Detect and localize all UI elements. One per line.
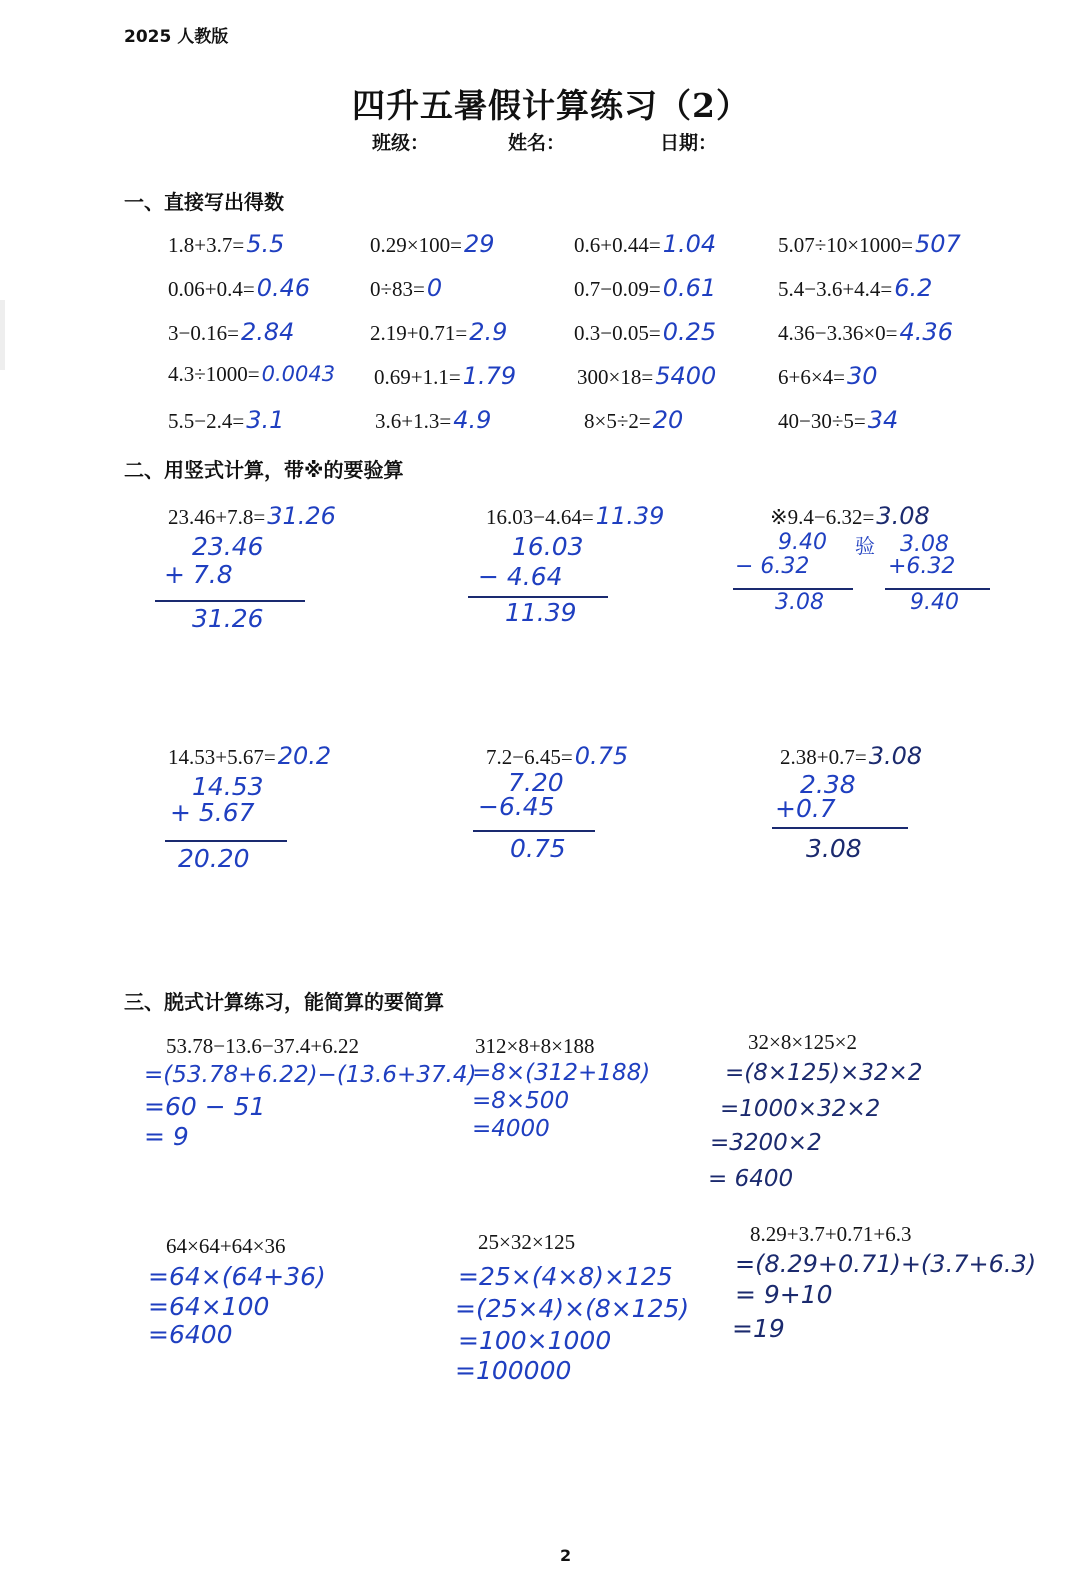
answer-text: 20 [653,406,684,434]
step-line: =(8×125)×32×2 [725,1060,922,1086]
oral-item: 0÷83=0 [370,274,442,302]
question-text: 16.03−4.64= [486,505,594,529]
oral-item: 3.6+1.3=4.9 [375,406,491,434]
oral-item: 0.3−0.05=0.25 [574,318,716,346]
answer-text: 0.0043 [262,362,335,386]
answer-text: 3.08 [876,502,929,530]
answer-text: 1.79 [463,362,516,390]
answer-text: 3.08 [869,742,922,770]
question-text: 7.2−6.45= [486,745,573,769]
question-text: 0÷83= [370,277,425,301]
work-operand-2: − 4.64 [478,562,563,591]
work-operand-1: 16.03 [512,532,584,561]
step-line: = 9+10 [735,1280,833,1309]
step-line: =64×(64+36) [148,1262,326,1291]
step-line: =3200×2 [710,1130,822,1156]
answer-text: 0.75 [575,742,628,770]
class-field-label: 班级： [372,128,429,155]
step-line: =19 [732,1314,785,1343]
question-text: 0.69+1.1= [374,365,461,389]
question-text: 40−30÷5= [778,409,866,433]
sum-line [165,840,287,842]
question-text: 0.06+0.4= [168,277,255,301]
answer-text: 0 [427,274,442,302]
question-line: 2.38+0.7=3.08 [780,742,922,770]
answer-text: 5400 [655,362,716,390]
step-line: =25×(4×8)×125 [458,1262,673,1291]
section-3-heading: 三、脱式计算练习，能简算的要简算 [124,986,444,1015]
question-text: 3−0.16= [168,321,239,345]
question-text: 53.78−13.6−37.4+6.22 [166,1034,359,1059]
scan-edge-shadow [0,300,5,370]
question-text: 0.29×100= [370,233,462,257]
answer-text: 11.39 [596,502,665,530]
step-line: =(8.29+0.71)+(3.7+6.3) [735,1250,1036,1278]
question-text: 4.36−3.36×0= [778,321,898,345]
answer-text: 2.9 [469,318,507,346]
oral-item: 5.4−3.6+4.4=6.2 [778,274,932,302]
step-line: =(25×4)×(8×125) [455,1294,689,1323]
answer-text: 31.26 [267,502,336,530]
edition-label: 2025 人教版 [124,22,228,47]
question-line: 16.03−4.64=11.39 [486,502,664,530]
work-result: 31.26 [192,604,264,633]
question-text: 312×8+8×188 [475,1034,595,1059]
step-line: =6400 [148,1320,233,1349]
step-line: = 6400 [708,1166,793,1192]
oral-item: 5.07÷10×1000=507 [778,230,961,258]
answer-text: 3.1 [246,406,284,434]
work-result: 3.08 [806,834,862,863]
question-text: 8.29+3.7+0.71+6.3 [750,1222,912,1247]
work-result: 20.20 [178,844,250,873]
section-2-heading: 二、用竖式计算，带※的要验算 [124,454,403,483]
oral-item: 0.69+1.1=1.79 [374,362,516,390]
step-line: =64×100 [148,1292,269,1321]
step-line: =1000×32×2 [720,1096,880,1122]
answer-text: 2.84 [241,318,294,346]
page-title: 四升五暑假计算练习（2） [352,80,750,127]
question-text: 32×8×125×2 [748,1030,857,1055]
answer-text: 30 [847,362,878,390]
sum-line [155,600,305,602]
work-operand-1: 9.40 [778,530,827,555]
answer-text: 0.46 [257,274,310,302]
answer-text: 20.2 [278,742,331,770]
oral-item: 300×18=5400 [577,362,716,390]
work-result: 11.39 [505,598,577,627]
question-text: 5.5−2.4= [168,409,244,433]
question-text: 3.6+1.3= [375,409,451,433]
question-text: 0.7−0.09= [574,277,661,301]
question-text: ※9.4−6.32= [770,505,874,529]
date-field-label: 日期： [660,128,717,155]
work-result: 3.08 [775,590,824,615]
step-line: =8×(312+188) [472,1060,650,1086]
question-line: 14.53+5.67=20.2 [168,742,331,770]
question-text: 14.53+5.67= [168,745,276,769]
work-operand-1: 14.53 [192,772,264,801]
step-line: =100000 [455,1356,571,1385]
step-line: =100×1000 [458,1326,611,1355]
oral-item: 40−30÷5=34 [778,406,898,434]
step-line: = 9 [144,1122,189,1151]
oral-item: 8×5÷2=20 [584,406,683,434]
answer-text: 4.9 [453,406,491,434]
question-text: 1.8+3.7= [168,233,244,257]
answer-text: 0.25 [663,318,716,346]
section-1-heading: 一、直接写出得数 [124,186,284,215]
work-operand-2: + 7.8 [164,560,233,589]
question-text: 5.4−3.6+4.4= [778,277,892,301]
answer-text: 4.36 [900,318,953,346]
answer-text: 507 [915,230,961,258]
answer-text: 34 [868,406,899,434]
oral-item: 0.29×100=29 [370,230,494,258]
answer-text: 1.04 [663,230,716,258]
oral-item: 0.7−0.09=0.61 [574,274,716,302]
step-line: =(53.78+6.22)−(13.6+37.4) [144,1062,476,1088]
oral-item: 6+6×4=30 [778,362,878,390]
step-line: =4000 [472,1116,550,1142]
work-operand-2: − 6.32 [735,554,809,579]
question-line: 7.2−6.45=0.75 [486,742,628,770]
question-text: 64×64+64×36 [166,1234,286,1259]
work-operand-1: 23.46 [192,532,264,561]
question-text: 6+6×4= [778,365,845,389]
work-operand-2: −6.45 [478,792,555,821]
oral-item: 0.06+0.4=0.46 [168,274,310,302]
name-field-label: 姓名： [508,128,565,155]
question-text: 25×32×125 [478,1230,575,1255]
work-result: 0.75 [510,834,566,863]
work-operand-2: +0.7 [775,794,836,823]
question-text: 300×18= [577,365,653,389]
oral-item: 4.36−3.36×0=4.36 [778,318,953,346]
check-result: 9.40 [910,590,959,615]
answer-text: 5.5 [246,230,284,258]
question-text: 5.07÷10×1000= [778,233,913,257]
step-line: =60 − 51 [144,1092,265,1121]
answer-text: 6.2 [894,274,932,302]
answer-text: 29 [464,230,495,258]
oral-item: 0.6+0.44=1.04 [574,230,716,258]
sum-line [772,827,908,829]
question-text: 8×5÷2= [584,409,651,433]
question-line: ※9.4−6.32=3.08 [770,502,930,530]
answer-text: 0.61 [663,274,716,302]
step-line: =8×500 [472,1088,569,1114]
work-operand-2: + 5.67 [170,798,255,827]
oral-item: 3−0.16=2.84 [168,318,294,346]
oral-item: 1.8+3.7=5.5 [168,230,284,258]
question-text: 4.3÷1000= [168,362,260,386]
check-label: 验 [855,530,875,559]
difference-line [473,830,595,832]
page-number: 2 [560,1546,571,1565]
question-text: 0.6+0.44= [574,233,661,257]
question-text: 2.38+0.7= [780,745,867,769]
question-text: 23.46+7.8= [168,505,265,529]
oral-item: 2.19+0.71=2.9 [370,318,507,346]
oral-item: 4.3÷1000=0.0043 [168,362,335,387]
oral-item: 5.5−2.4=3.1 [168,406,284,434]
question-text: 2.19+0.71= [370,321,467,345]
question-text: 0.3−0.05= [574,321,661,345]
check-operand-2: +6.32 [888,554,955,579]
question-line: 23.46+7.8=31.26 [168,502,336,530]
